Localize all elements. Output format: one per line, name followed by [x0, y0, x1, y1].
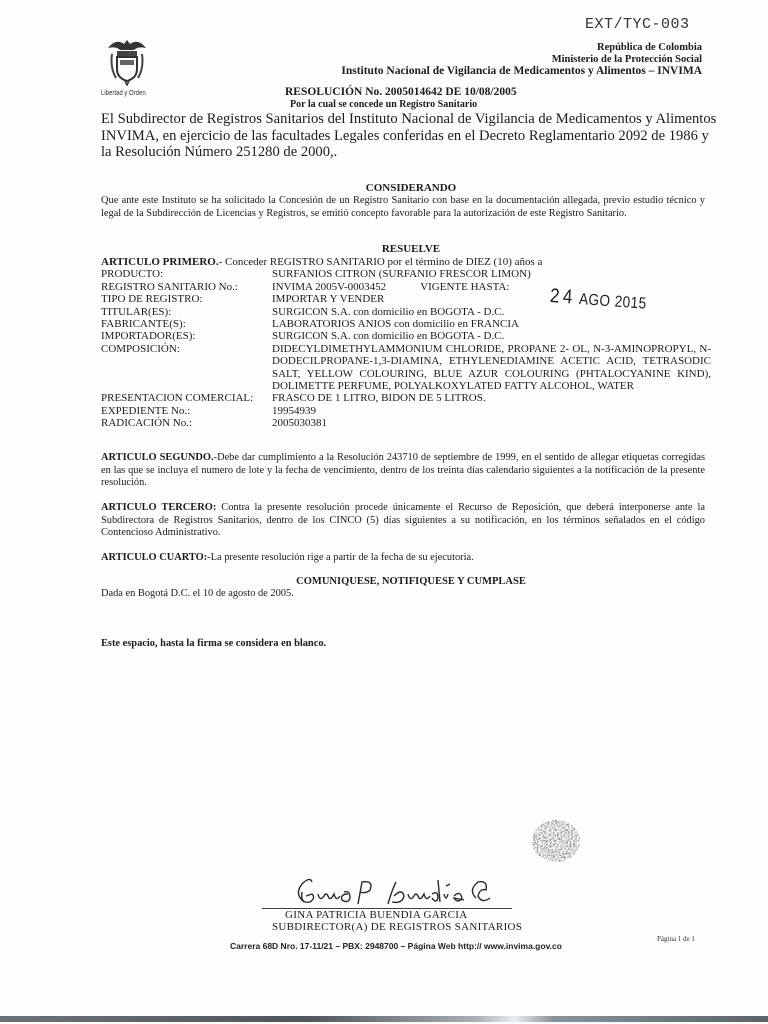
resuelve-heading: RESUELVE [101, 243, 721, 255]
field-row: PRESENTACION COMERCIAL:FRASCO DE 1 LITRO… [101, 392, 711, 404]
registration-fields: ARTICULO PRIMERO.- Conceder REGISTRO SAN… [101, 256, 711, 430]
stamp-day: 24 [549, 285, 576, 309]
field-label: TITULAR(ES): [101, 306, 272, 318]
field-value: LABORATORIOS ANIOS con domicilio en FRAN… [272, 318, 711, 330]
field-row: EXPEDIENTE No.:19954939 [101, 405, 711, 417]
closing-heading: COMUNIQUESE, NOTIFIQUESE Y CUMPLASE [101, 576, 721, 587]
field-row: FABRICANTE(S):LABORATORIOS ANIOS con dom… [101, 318, 711, 330]
header-institute: Instituto Nacional de Vigilancia de Medi… [341, 65, 702, 78]
articulo-segundo-label: ARTICULO SEGUNDO. [101, 452, 214, 463]
resolution-subtitle: Por la cual se concede un Registro Sanit… [290, 99, 477, 110]
articulo-segundo: ARTICULO SEGUNDO.-Debe dar cumplimiento … [101, 452, 705, 490]
registro-number: INVIMA 2005V-0003452 [272, 281, 386, 293]
articulo-primero-text: - Conceder REGISTRO SANITARIO por el tér… [219, 256, 543, 268]
field-value: FRASCO DE 1 LITRO, BIDON DE 5 LITROS. [272, 392, 711, 404]
field-label: PRODUCTO: [101, 268, 272, 280]
articulo-cuarto-label: ARTICULO CUARTO: [101, 552, 207, 563]
intro-paragraph: El Subdirector de Registros Sanitarios d… [101, 111, 721, 161]
resolution-title: RESOLUCIÓN No. 2005014642 DE 10/08/2005 [285, 86, 517, 98]
coat-of-arms-icon [104, 36, 150, 86]
articulo-tercero-label: ARTICULO TERCERO: [101, 502, 216, 513]
signer-role: SUBDIRECTOR(A) DE REGISTROS SANITARIOS [272, 921, 522, 933]
field-label: IMPORTADOR(ES): [101, 330, 272, 342]
blank-notice: Este espacio, hasta la firma se consider… [101, 638, 705, 651]
field-label: FABRICANTE(S): [101, 318, 272, 330]
articulo-tercero: ARTICULO TERCERO: Contra la presente res… [101, 502, 705, 540]
page-number: Página 1 de 1 [657, 935, 695, 943]
field-row: COMPOSICIÓN:DIDECYLDIMETHYLAMMONIUM CHLO… [101, 343, 711, 393]
field-label: COMPOSICIÓN: [101, 343, 272, 393]
signer-name: GINA PATRICIA BUENDIA GARCIA [285, 909, 467, 921]
articulo-primero: ARTICULO PRIMERO.- Conceder REGISTRO SAN… [101, 256, 711, 268]
field-label: REGISTRO SANITARIO No.: [101, 281, 272, 293]
field-value: 2005030381 [272, 417, 711, 429]
dry-seal-icon [530, 815, 582, 867]
date-line: Dada en Bogotá D.C. el 10 de agosto de 2… [101, 588, 705, 601]
field-row: IMPORTADOR(ES):SURGICON S.A. con domicil… [101, 330, 711, 342]
field-row: RADICACIÓN No.:2005030381 [101, 417, 711, 429]
field-row: PRODUCTO:SURFANIOS CITRON (SURFANIO FRES… [101, 268, 711, 280]
articulo-cuarto-text: -La presente resolución rige a partir de… [207, 552, 474, 563]
articulo-cuarto: ARTICULO CUARTO:-La presente resolución … [101, 552, 705, 565]
composition-value: DIDECYLDIMETHYLAMMONIUM CHLORIDE, PROPAN… [272, 343, 711, 393]
field-value: SURFANIOS CITRON (SURFANIO FRESCOR LIMON… [272, 268, 711, 280]
form-code: EXT/TYC-003 [585, 16, 690, 33]
vigente-hasta-label: VIGENTE HASTA: [420, 281, 509, 293]
considerando-text: Que ante este Instituto se ha solicitado… [101, 195, 705, 220]
articulo-primero-label: ARTICULO PRIMERO. [101, 256, 219, 268]
considerando-heading: CONSIDERANDO [101, 182, 721, 194]
field-value: 19954939 [272, 405, 711, 417]
field-label: EXPEDIENTE No.: [101, 405, 272, 417]
field-label: TIPO DE REGISTRO: [101, 293, 272, 305]
crest-motto: Libertad y Orden [101, 88, 146, 97]
footer-address: Carrera 68D Nro. 17-11/21 – PBX: 2948700… [230, 941, 562, 951]
field-value: SURGICON S.A. con domicilio en BOGOTA - … [272, 330, 711, 342]
field-label: PRESENTACION COMERCIAL: [101, 392, 272, 404]
scan-edge [0, 1016, 768, 1022]
field-label: RADICACIÓN No.: [101, 417, 272, 429]
stamp-month-year: AGO 2015 [578, 291, 647, 313]
handwritten-signature [292, 868, 502, 910]
